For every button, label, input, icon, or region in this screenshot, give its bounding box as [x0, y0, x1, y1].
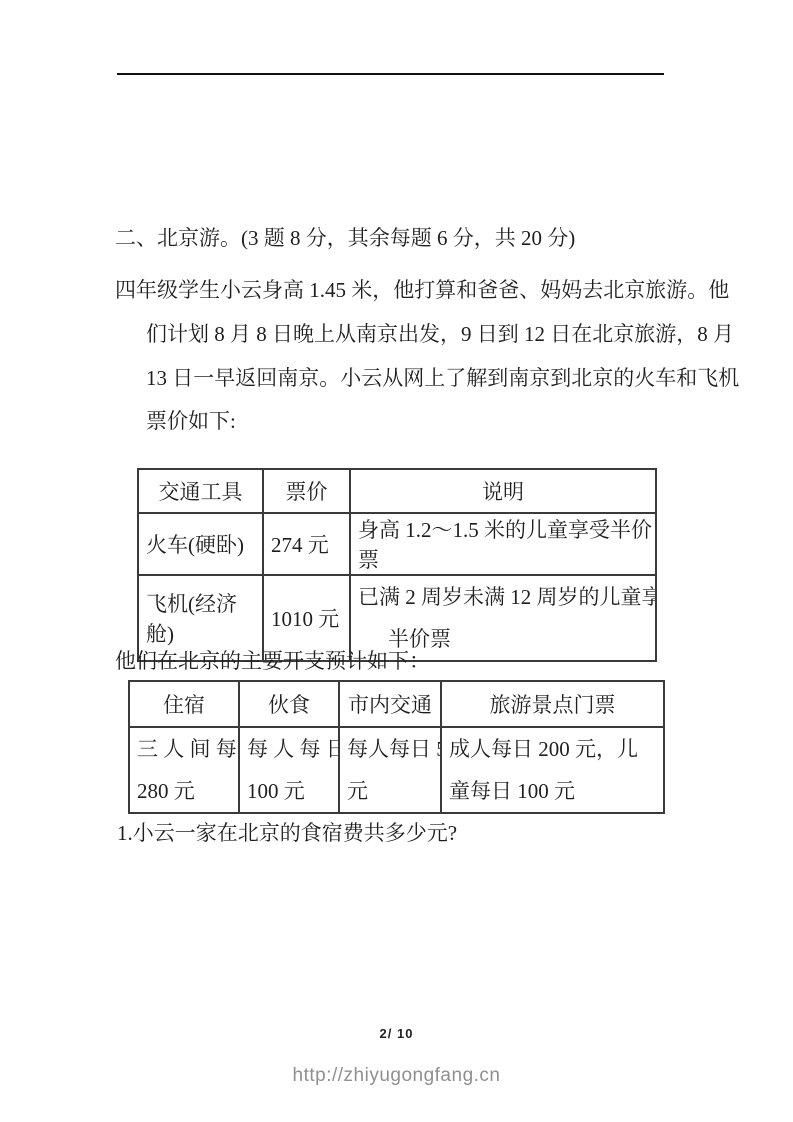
paragraph-line: 四年级学生小云身高 1.45 米，他打算和爸爸、妈妈去北京旅游。他 — [115, 278, 729, 302]
header-rule — [117, 73, 664, 75]
page-number: 2/ 10 — [0, 1026, 793, 1041]
expense-tickets-cell: 成人每日 200 元，儿 童每日 100 元 — [441, 727, 664, 813]
cell-line: 成人每日 200 元，儿 — [449, 728, 663, 770]
expense-table-header-row: 住宿 伙食 市内交通 旅游景点门票 — [129, 681, 664, 727]
ticket-train-note-cell: 身高 1.2～1.5 米的儿童享受半价票 — [350, 513, 656, 575]
cell-line: 三 人 间 每 日 — [137, 728, 238, 770]
expense-intro-text: 他们在北京的主要开支预计如下： — [115, 649, 430, 673]
ticket-train-cell: 火车(硬卧) — [138, 513, 263, 575]
cell-line: 每 人 每 日 — [247, 728, 338, 770]
expense-food-cell: 每 人 每 日 100 元 — [239, 727, 339, 813]
ticket-table-header-note: 说明 — [350, 469, 656, 513]
expense-lodging-cell: 三 人 间 每 日 280 元 — [129, 727, 239, 813]
table-row: 三 人 间 每 日 280 元 每 人 每 日 100 元 每人每日 50 元 … — [129, 727, 664, 813]
note-line: 已满 2 周岁未满 12 周岁的儿童享受 — [358, 576, 655, 618]
cell-line: 每人每日 50 — [347, 728, 440, 770]
expense-header-tickets: 旅游景点门票 — [441, 681, 664, 727]
cell-line: 100 元 — [247, 770, 338, 812]
paragraph-line: 票价如下: — [146, 409, 236, 433]
paragraph-line: 们计划 8 月 8 日晚上从南京出发，9 日到 12 日在北京旅游，8 月 — [146, 322, 734, 346]
expense-header-lodging: 住宿 — [129, 681, 239, 727]
expense-header-transport: 市内交通 — [339, 681, 441, 727]
cell-line: 童每日 100 元 — [449, 770, 663, 812]
ticket-train-price-cell: 274 元 — [263, 513, 350, 575]
expense-transport-cell: 每人每日 50 元 — [339, 727, 441, 813]
footer-url: http://zhiyugongfang.cn — [0, 1065, 793, 1087]
paragraph-line: 13 日一早返回南京。小云从网上了解到南京到北京的火车和飞机 — [146, 366, 739, 390]
ticket-price-table: 交通工具 票价 说明 火车(硬卧) 274 元 身高 1.2～1.5 米的儿童享… — [137, 468, 657, 662]
expense-header-food: 伙食 — [239, 681, 339, 727]
table-row: 火车(硬卧) 274 元 身高 1.2～1.5 米的儿童享受半价票 — [138, 513, 656, 575]
section-heading: 二、北京游。(3 题 8 分，其余每题 6 分，共 20 分) — [115, 226, 575, 250]
ticket-table-header-price: 票价 — [263, 469, 350, 513]
cell-line: 元 — [347, 770, 440, 812]
question-1-text: 1.小云一家在北京的食宿费共多少元? — [117, 821, 457, 845]
cell-line: 280 元 — [137, 770, 238, 812]
ticket-table-header-vehicle: 交通工具 — [138, 469, 263, 513]
ticket-table-header-row: 交通工具 票价 说明 — [138, 469, 656, 513]
expense-table: 住宿 伙食 市内交通 旅游景点门票 三 人 间 每 日 280 元 每 人 每 … — [128, 680, 665, 814]
